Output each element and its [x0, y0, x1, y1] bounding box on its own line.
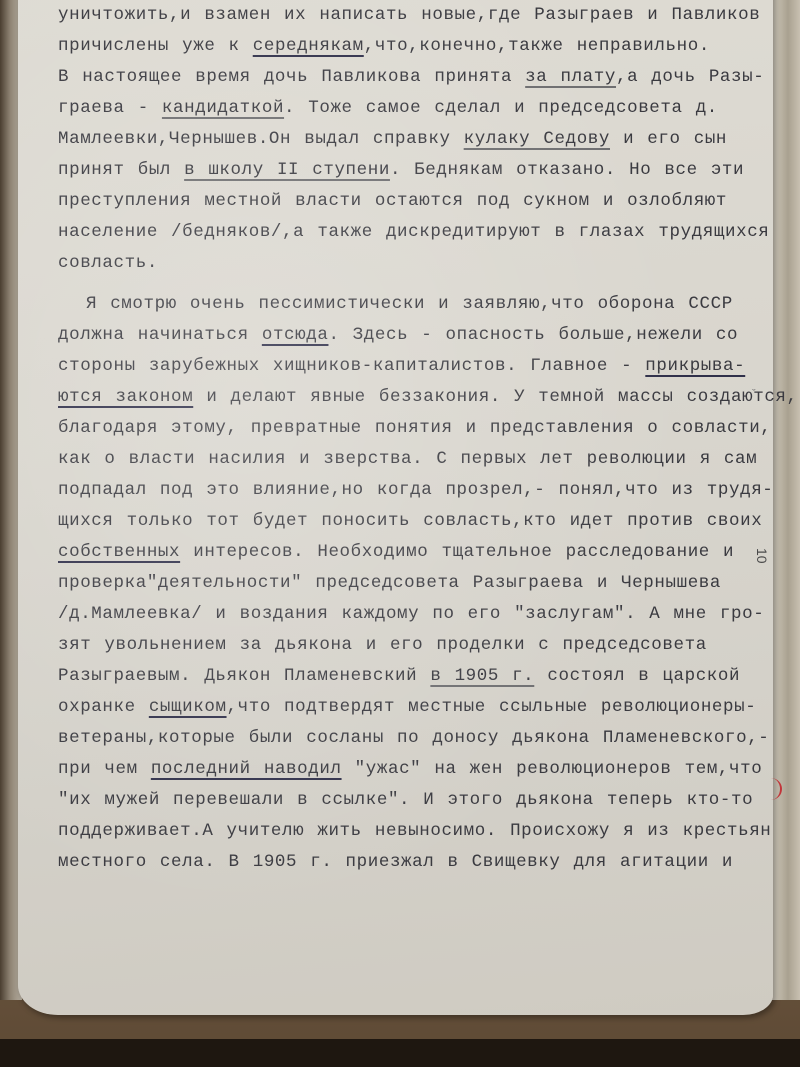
- margin-pencil-tick: ˇ: [752, 388, 762, 398]
- underlined-phrase: в 1905 г.: [430, 666, 534, 686]
- text-segment: зят увольнением за дьякона и его проделк…: [58, 635, 707, 655]
- text-line: стороны зарубежных хищников-капиталистов…: [58, 351, 758, 382]
- text-segment: подпадал под это влияние,но когда прозре…: [58, 480, 773, 500]
- text-segment: местного села. В 1905 г. приезжал в Свищ…: [58, 852, 733, 872]
- text-segment: как о власти насилия и зверства. С первы…: [58, 449, 757, 469]
- underlined-phrase: в школу II ступени: [184, 160, 390, 180]
- text-segment: стороны зарубежных хищников-капиталистов…: [58, 356, 645, 376]
- text-line: подпадал под это влияние,но когда прозре…: [58, 475, 758, 506]
- text-segment: должна начинаться: [58, 325, 262, 345]
- text-segment: охранке: [58, 697, 149, 717]
- photo-scene: уничтожить,и взамен их написать новые,гд…: [0, 0, 800, 1067]
- text-line: совласть.: [58, 248, 758, 279]
- text-segment: преступления местной власти остаются под…: [58, 191, 727, 211]
- text-segment: и его сын: [610, 129, 727, 149]
- underlined-phrase: отсюда: [262, 325, 329, 345]
- text-segment: благодаря этому, превратные понятия и пр…: [58, 418, 771, 438]
- text-segment: интересов. Необходимо тщательное расслед…: [180, 542, 734, 562]
- desk-edge: [0, 1039, 800, 1067]
- text-line: собственных интересов. Необходимо тщател…: [58, 537, 758, 568]
- text-line: благодаря этому, превратные понятия и пр…: [58, 413, 758, 444]
- text-segment: "ужас" на жен революционеров тем,что: [342, 759, 763, 779]
- folio-number: 10: [754, 548, 770, 564]
- text-line: население /бедняков/,а также дискредитир…: [58, 217, 758, 248]
- text-segment: поддерживает.А учителю жить невыносимо. …: [58, 821, 771, 841]
- text-segment: проверка"деятельности" председсовета Раз…: [58, 573, 721, 593]
- underlined-phrase: за плату: [525, 67, 616, 87]
- text-segment: ,что подтвердят местные ссыльные революц…: [227, 697, 757, 717]
- text-line: Мамлеевки,Чернышев.Он выдал справку кула…: [58, 124, 758, 155]
- text-line: /д.Мамлеевка/ и воздания каждому по его …: [58, 599, 758, 630]
- text-segment: ,что,конечно,также неправильно.: [364, 36, 710, 56]
- underlined-phrase: последний наводил: [151, 759, 342, 779]
- text-line: В настоящее время дочь Павликова принята…: [58, 62, 758, 93]
- text-line: поддерживает.А учителю жить невыносимо. …: [58, 816, 758, 847]
- text-segment: и делают явные беззакония. У темной масс…: [193, 387, 797, 407]
- text-line: как о власти насилия и зверства. С первы…: [58, 444, 758, 475]
- text-line: причислены уже к середнякам,что,конечно,…: [58, 31, 758, 62]
- text-segment: /д.Мамлеевка/ и воздания каждому по его …: [58, 604, 764, 624]
- text-line: Разыграевым. Дьякон Пламеневский в 1905 …: [58, 661, 758, 692]
- text-segment: Мамлеевки,Чернышев.Он выдал справку: [58, 129, 464, 149]
- text-segment: "их мужей перевешали в ссылке". И этого …: [58, 790, 753, 810]
- typewritten-text-body: уничтожить,и взамен их написать новые,гд…: [58, 0, 758, 878]
- text-line: при чем последний наводил "ужас" на жен …: [58, 754, 758, 785]
- text-segment: совласть.: [58, 253, 158, 273]
- text-line: ветераны,которые были сосланы по доносу …: [58, 723, 758, 754]
- text-segment: щихся только тот будет поносить совласть…: [58, 511, 762, 531]
- document-page: уничтожить,и взамен их написать новые,гд…: [18, 0, 773, 1015]
- underlined-phrase: кулаку Седову: [464, 129, 610, 149]
- text-line: должна начинаться отсюда. Здесь - опасно…: [58, 320, 758, 351]
- text-segment: ветераны,которые были сосланы по доносу …: [58, 728, 769, 748]
- text-segment: уничтожить,и взамен их написать новые,гд…: [58, 5, 760, 25]
- text-line: ются законом и делают явные беззакония. …: [58, 382, 758, 413]
- text-segment: принят был: [58, 160, 184, 180]
- text-line: преступления местной власти остаются под…: [58, 186, 758, 217]
- text-line: щихся только тот будет поносить совласть…: [58, 506, 758, 537]
- text-line: охранке сыщиком,что подтвердят местные с…: [58, 692, 758, 723]
- text-segment: состоял в царской: [534, 666, 740, 686]
- underlined-phrase: кандидаткой: [162, 98, 284, 118]
- text-segment: население /бедняков/,а также дискредитир…: [58, 222, 769, 242]
- text-line: уничтожить,и взамен их написать новые,гд…: [58, 0, 758, 31]
- text-line: проверка"деятельности" председсовета Раз…: [58, 568, 758, 599]
- text-segment: . Здесь - опасность больше,нежели со: [328, 325, 738, 345]
- text-segment: при чем: [58, 759, 151, 779]
- underlined-phrase: ются законом: [58, 387, 193, 407]
- text-segment: ,а дочь Разы-: [616, 67, 764, 87]
- underlined-phrase: собственных: [58, 542, 180, 562]
- text-line: граева - кандидаткой. Тоже самое сделал …: [58, 93, 758, 124]
- text-segment: В настоящее время дочь Павликова принята: [58, 67, 525, 87]
- underlined-phrase: сыщиком: [149, 697, 227, 717]
- text-segment: причислены уже к: [58, 36, 253, 56]
- text-segment: . Тоже самое сделал и председсовета д.: [284, 98, 718, 118]
- text-segment: Я смотрю очень пессимистически и заявляю…: [86, 294, 733, 314]
- text-segment: Разыграевым. Дьякон Пламеневский: [58, 666, 430, 686]
- underlined-phrase: прикрыва-: [645, 356, 745, 376]
- underlined-phrase: середнякам: [253, 36, 364, 56]
- text-line: принят был в школу II ступени. Беднякам …: [58, 155, 758, 186]
- text-segment: граева -: [58, 98, 162, 118]
- text-line: местного села. В 1905 г. приезжал в Свищ…: [58, 847, 758, 878]
- text-line: Я смотрю очень пессимистически и заявляю…: [58, 289, 758, 320]
- text-segment: . Беднякам отказано. Но все эти: [390, 160, 744, 180]
- text-line: зят увольнением за дьякона и его проделк…: [58, 630, 758, 661]
- text-line: "их мужей перевешали в ссылке". И этого …: [58, 785, 758, 816]
